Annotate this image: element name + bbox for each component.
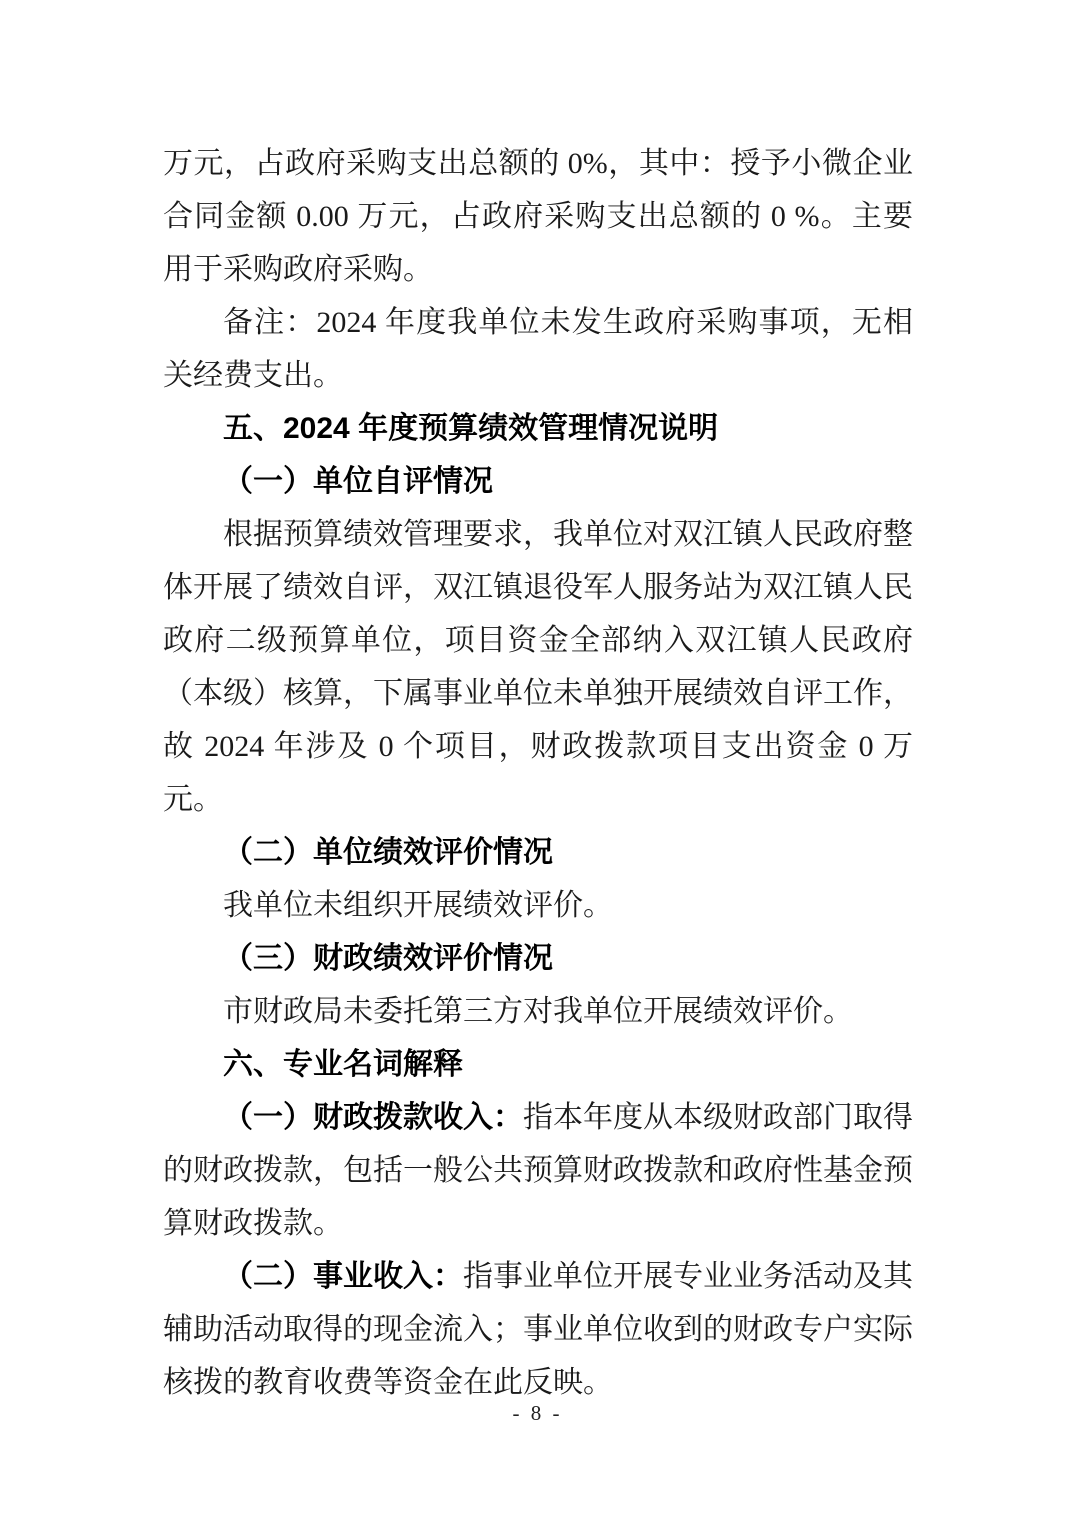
glossary-term-fiscal-appropriation-income: （一）财政拨款收入： [223,1101,523,1134]
paragraph-self-evaluation-detail: 根据预算绩效管理要求，我单位对双江镇人民政府整体开展了绩效自评，双江镇退役军人服… [163,508,913,826]
glossary-term-operational-income: （二）事业收入： [223,1260,463,1293]
subheading-5-2-unit-performance-evaluation: （二）单位绩效评价情况 [163,826,913,879]
paragraph-procurement-remark: 备注：2024 年度我单位未发生政府采购事项，无相关经费支出。 [163,296,913,402]
subheading-5-3-fiscal-performance-evaluation: （三）财政绩效评价情况 [163,932,913,985]
page-number: - 8 - [0,1399,1075,1427]
paragraph-fiscal-performance-evaluation: 市财政局未委托第三方对我单位开展绩效评价。 [163,985,913,1038]
subheading-5-1-self-evaluation: （一）单位自评情况 [163,455,913,508]
document-body: 万元，占政府采购支出总额的 0%，其中：授予小微企业合同金额 0.00 万元，占… [163,137,913,1409]
paragraph-glossary-fiscal-appropriation-income: （一）财政拨款收入：指本年度从本级财政部门取得的财政拨款，包括一般公共预算财政拨… [163,1091,913,1250]
heading-section-5-budget-performance: 五、2024 年度预算绩效管理情况说明 [163,402,913,455]
paragraph-glossary-operational-income: （二）事业收入：指事业单位开展专业业务活动及其辅助活动取得的现金流入；事业单位收… [163,1250,913,1409]
document-page: 万元，占政府采购支出总额的 0%，其中：授予小微企业合同金额 0.00 万元，占… [0,0,1075,1520]
paragraph-procurement-continuation: 万元，占政府采购支出总额的 0%，其中：授予小微企业合同金额 0.00 万元，占… [163,137,913,296]
paragraph-unit-performance-evaluation: 我单位未组织开展绩效评价。 [163,879,913,932]
heading-section-6-glossary: 六、专业名词解释 [163,1038,913,1091]
